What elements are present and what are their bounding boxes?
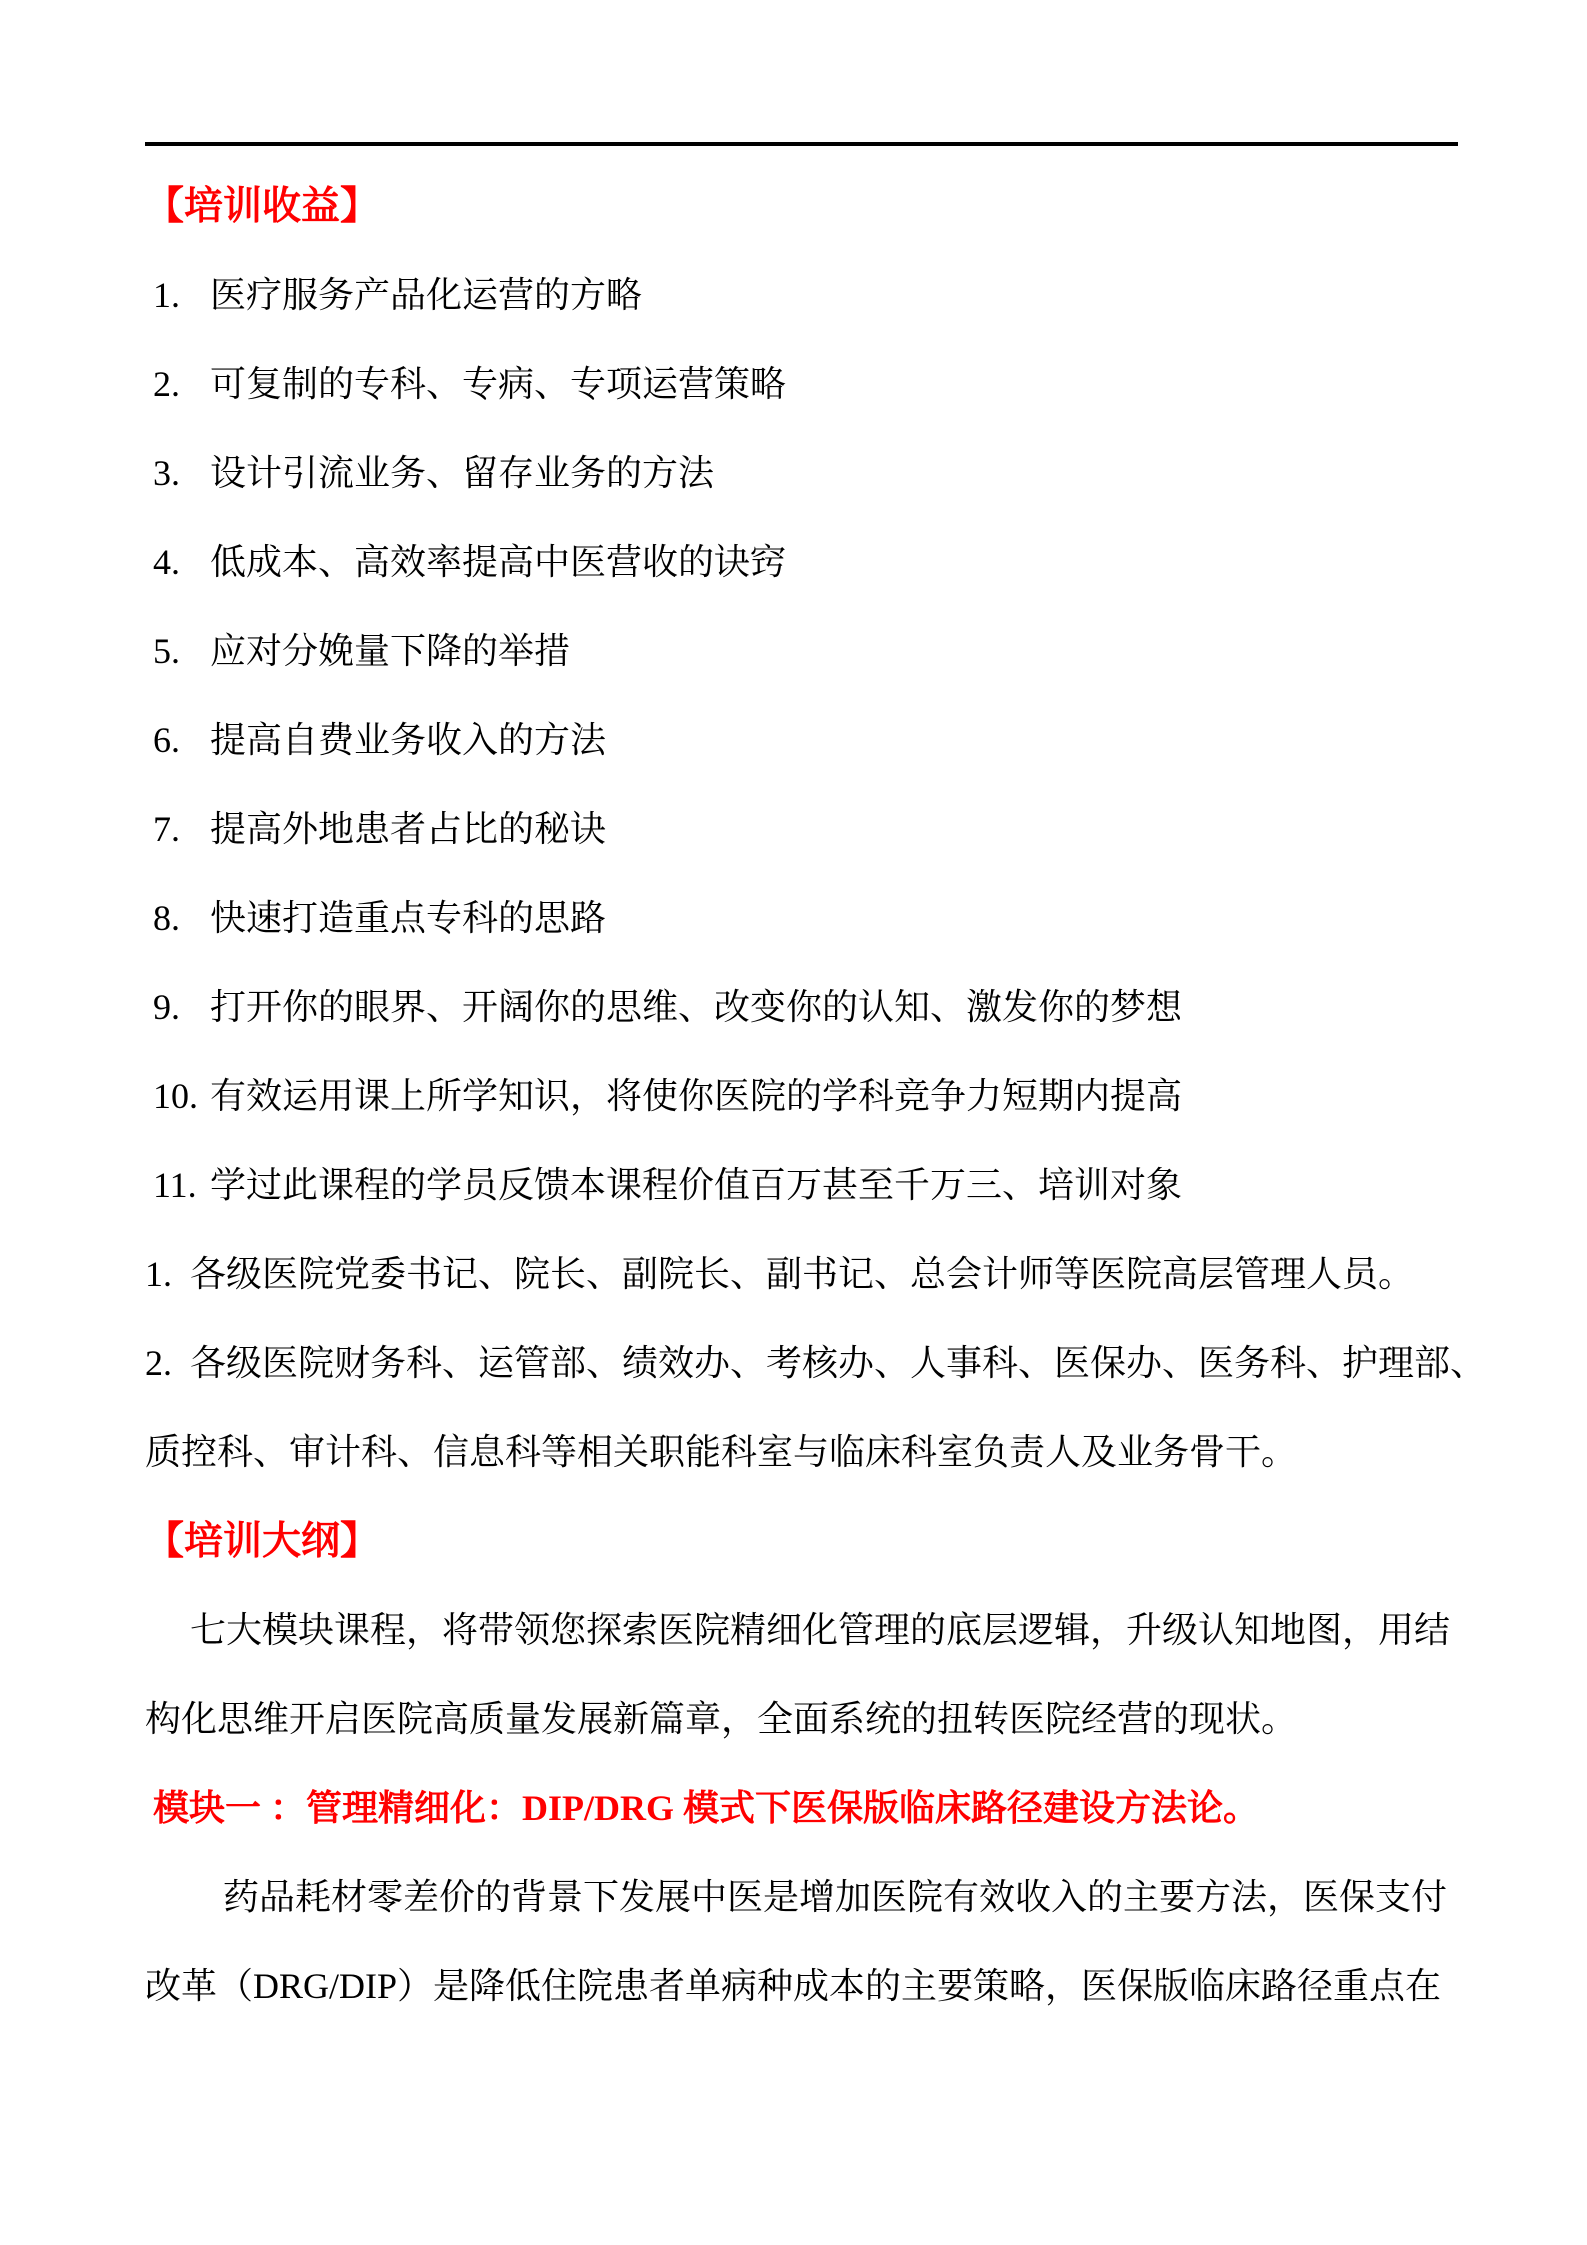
section-heading-training-benefits: 【培训收益】	[0, 162, 1587, 251]
list-item-text: 快速打造重点专科的思路	[210, 898, 606, 938]
list-item-number: 7.	[153, 785, 210, 874]
list-item-number: 5.	[153, 607, 210, 696]
list-item: 1.医疗服务产品化运营的方略	[0, 251, 1587, 340]
document-page: 【培训收益】 1.医疗服务产品化运营的方略 2.可复制的专科、专病、专项运营策略…	[0, 0, 1587, 2245]
audience-list-continuation: 质控科、审计科、信息科等相关职能科室与临床科室负责人及业务骨干。	[0, 1408, 1587, 1497]
list-item-number: 1.	[145, 1230, 190, 1319]
list-item: 4.低成本、高效率提高中医营收的诀窍	[0, 518, 1587, 607]
paragraph-line: 七大模块课程，将带领您探索医院精细化管理的底层逻辑，升级认知地图，用结	[0, 1586, 1587, 1675]
paragraph-line: 改革（DRG/DIP）是降低住院患者单病种成本的主要策略，医保版临床路径重点在	[0, 1942, 1587, 2031]
list-item-number: 1.	[153, 251, 210, 340]
module-one-heading: 模块一 ：管理精细化：DIP/DRG 模式下医保版临床路径建设方法论。	[0, 1764, 1587, 1853]
list-item-number: 9.	[153, 963, 210, 1052]
list-item: 6.提高自费业务收入的方法	[0, 696, 1587, 785]
list-item-number: 8.	[153, 874, 210, 963]
list-item-text: 设计引流业务、留存业务的方法	[210, 453, 714, 493]
list-item: 3.设计引流业务、留存业务的方法	[0, 429, 1587, 518]
list-item-text: 医疗服务产品化运营的方略	[210, 275, 642, 315]
list-item-number: 2.	[145, 1319, 190, 1408]
list-item-number: 11.	[153, 1141, 210, 1230]
list-item-text: 各级医院财务科、运管部、绩效办、考核办、人事科、医保办、医务科、护理部、	[190, 1343, 1486, 1383]
list-item: 5.应对分娩量下降的举措	[0, 607, 1587, 696]
list-item: 10.有效运用课上所学知识，将使你医院的学科竞争力短期内提高	[0, 1052, 1587, 1141]
document-body: 【培训收益】 1.医疗服务产品化运营的方略 2.可复制的专科、专病、专项运营策略…	[0, 162, 1587, 2031]
list-item-text: 学过此课程的学员反馈本课程价值百万甚至千万三、培训对象	[210, 1165, 1182, 1205]
list-item-number: 2.	[153, 340, 210, 429]
list-item-text: 应对分娩量下降的举措	[210, 631, 570, 671]
list-item: 9.打开你的眼界、开阔你的思维、改变你的认知、激发你的梦想	[0, 963, 1587, 1052]
list-item-number: 3.	[153, 429, 210, 518]
audience-list-item: 1.各级医院党委书记、院长、副院长、副书记、总会计师等医院高层管理人员。	[0, 1230, 1587, 1319]
audience-list-item: 2.各级医院财务科、运管部、绩效办、考核办、人事科、医保办、医务科、护理部、	[0, 1319, 1587, 1408]
list-item-text: 可复制的专科、专病、专项运营策略	[210, 364, 786, 404]
list-item-text: 提高外地患者占比的秘诀	[210, 809, 606, 849]
list-item-number: 4.	[153, 518, 210, 607]
header-rule	[145, 142, 1458, 146]
list-item: 11.学过此课程的学员反馈本课程价值百万甚至千万三、培训对象	[0, 1141, 1587, 1230]
list-item-number: 6.	[153, 696, 210, 785]
list-item-text: 各级医院党委书记、院长、副院长、副书记、总会计师等医院高层管理人员。	[190, 1254, 1414, 1294]
list-item-number: 10.	[153, 1052, 210, 1141]
list-item-text: 提高自费业务收入的方法	[210, 720, 606, 760]
paragraph-line: 药品耗材零差价的背景下发展中医是增加医院有效收入的主要方法，医保支付	[0, 1853, 1587, 1942]
section-heading-training-outline: 【培训大纲】	[0, 1497, 1587, 1586]
list-item-text: 低成本、高效率提高中医营收的诀窍	[210, 542, 786, 582]
list-item: 7.提高外地患者占比的秘诀	[0, 785, 1587, 874]
list-item-text: 有效运用课上所学知识，将使你医院的学科竞争力短期内提高	[210, 1076, 1182, 1116]
paragraph-line: 构化思维开启医院高质量发展新篇章，全面系统的扭转医院经营的现状。	[0, 1675, 1587, 1764]
list-item-text: 打开你的眼界、开阔你的思维、改变你的认知、激发你的梦想	[210, 987, 1182, 1027]
list-item: 2.可复制的专科、专病、专项运营策略	[0, 340, 1587, 429]
list-item: 8.快速打造重点专科的思路	[0, 874, 1587, 963]
